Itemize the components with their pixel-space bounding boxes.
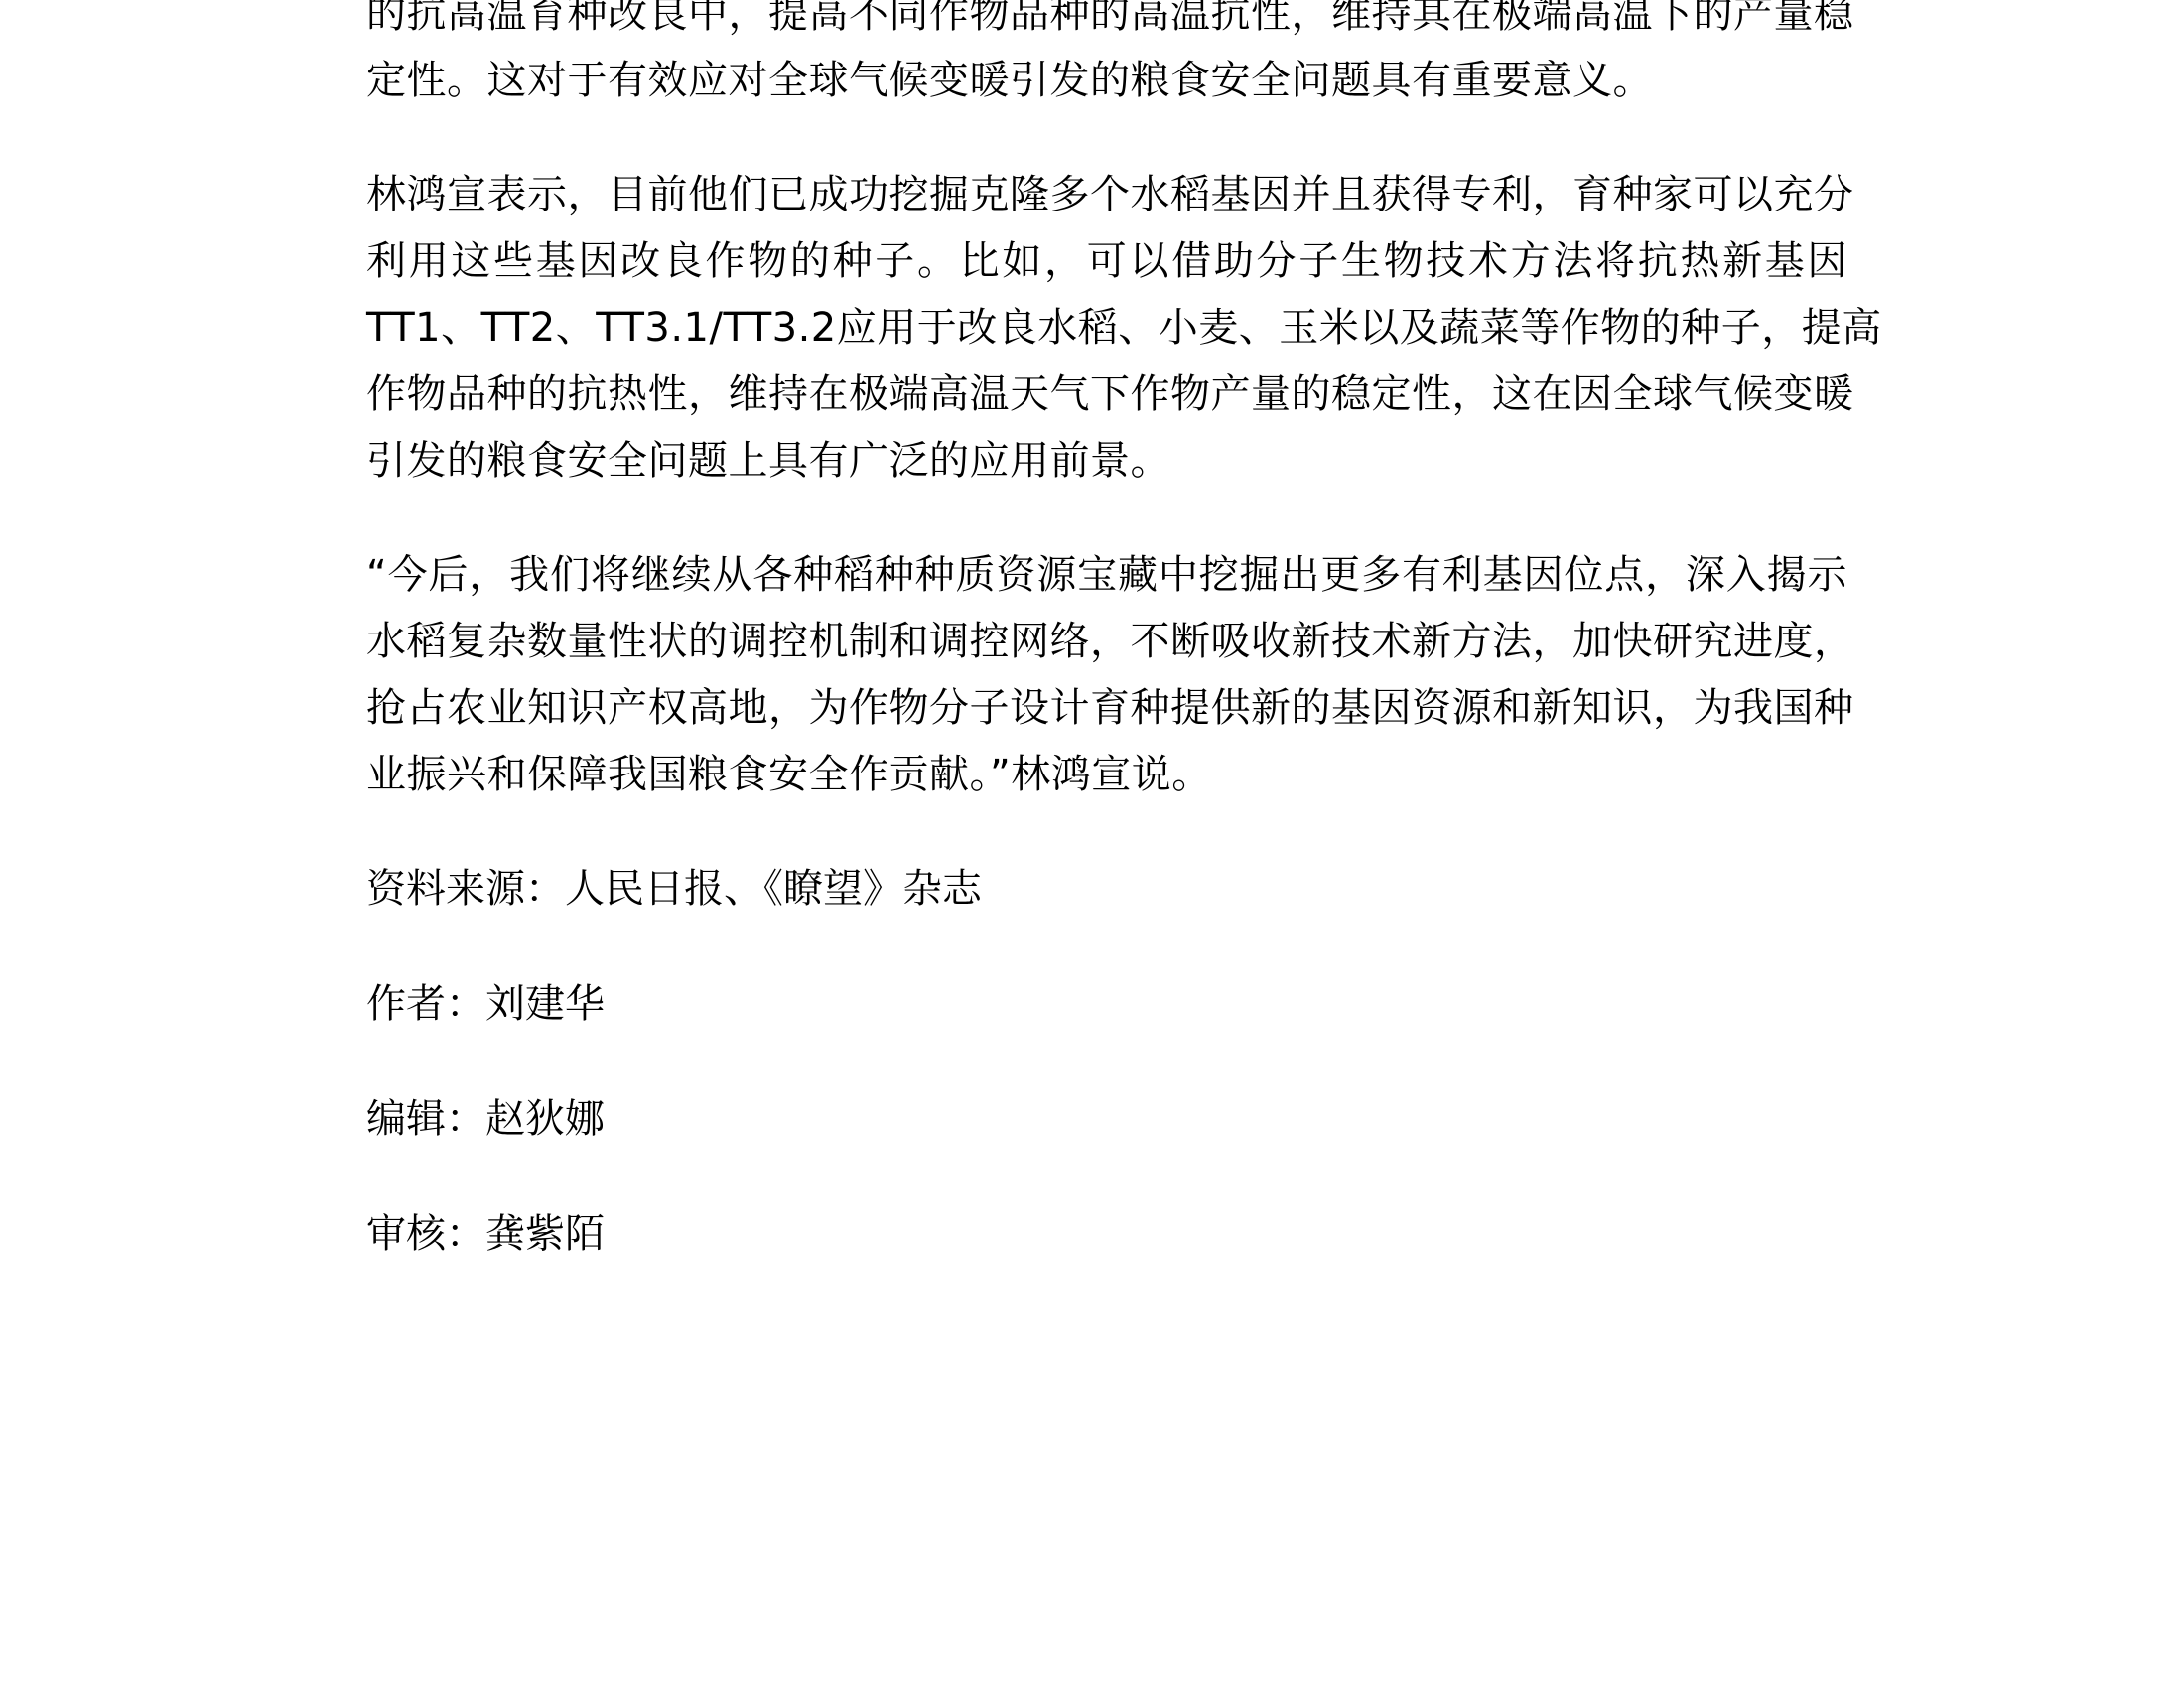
paragraph-gene-application: 林鸿宣表示，目前他们已成功挖掘克隆多个水稻基因并且获得专利，育种家可以充分 利用… [366,162,1847,494]
paragraph-future-quote: “今后，我们将继续从各种稻种种质资源宝藏中挖掘出更多有利基因位点，深入揭示 水稻… [366,542,1847,808]
source-credit: 资料来源：人民日报、《瞭望》杂志 [366,856,1847,922]
reviewer-credit: 审核：龚紫陌 [366,1201,1847,1268]
text-line: 业振兴和保障我国粮食安全作贡献。”林鸿宣说。 [366,742,1847,808]
author-credit: 作者：刘建华 [366,971,1847,1038]
text-line: 林鸿宣表示，目前他们已成功挖掘克隆多个水稻基因并且获得专利，育种家可以充分 [366,162,1847,228]
paragraph-climate-significance: 的抗高温育种改良中，提高不同作物品种的高温抗性，维持其在极端高温下的产量稳 定性… [366,0,1847,114]
text-line: 定性。这对于有效应对全球气候变暖引发的粮食安全问题具有重要意义。 [366,48,1847,114]
text-line: TT1、TT2、TT3.1/TT3.2应用于改良水稻、小麦、玉米以及蔬菜等作物的… [366,295,1847,361]
text-line: “今后，我们将继续从各种稻种种质资源宝藏中挖掘出更多有利基因位点，深入揭示 [366,542,1847,609]
text-line: 水稻复杂数量性状的调控机制和调控网络，不断吸收新技术新方法，加快研究进度， [366,609,1847,675]
document-page: 的抗高温育种改良中，提高不同作物品种的高温抗性，维持其在极端高温下的产量稳 定性… [366,0,1847,1317]
text-line: 利用这些基因改良作物的种子。比如，可以借助分子生物技术方法将抗热新基因 [366,228,1847,295]
text-line: 引发的粮食安全问题上具有广泛的应用前景。 [366,428,1847,494]
editor-credit: 编辑：赵狄娜 [366,1086,1847,1153]
text-line: 的抗高温育种改良中，提高不同作物品种的高温抗性，维持其在极端高温下的产量稳 [366,0,1847,48]
text-line: 作物品种的抗热性，维持在极端高温天气下作物产量的稳定性，这在因全球气候变暖 [366,361,1847,428]
text-line: 抢占农业知识产权高地，为作物分子设计育种提供新的基因资源和新知识，为我国种 [366,675,1847,742]
